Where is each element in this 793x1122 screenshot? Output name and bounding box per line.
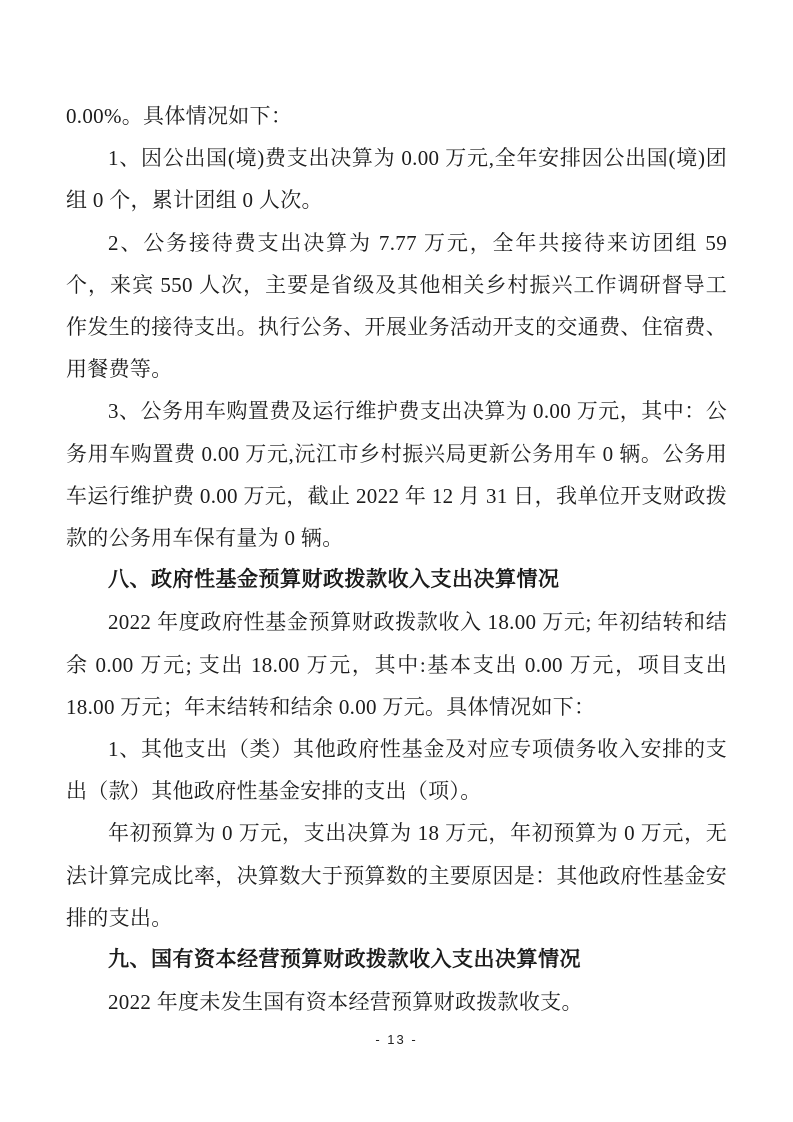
paragraph-continuation: 0.00%。具体情况如下： bbox=[66, 95, 727, 137]
paragraph-item-3-official-vehicles: 3、公务用车购置费及运行维护费支出决算为 0.00 万元，其中：公务用车购置费 … bbox=[66, 390, 727, 559]
page-number: - 13 - bbox=[0, 1032, 793, 1047]
paragraph-other-expenditure-category: 1、其他支出（类）其他政府性基金及对应专项债务收入安排的支出（款）其他政府性基金… bbox=[66, 728, 727, 812]
paragraph-item-1-overseas-trips: 1、因公出国(境)费支出决算为 0.00 万元,全年安排因公出国(境)团组 0 … bbox=[66, 137, 727, 221]
document-body: 0.00%。具体情况如下： 1、因公出国(境)费支出决算为 0.00 万元,全年… bbox=[66, 95, 727, 1023]
section-heading-9-state-capital-budget: 九、国有资本经营预算财政拨款收入支出决算情况 bbox=[66, 939, 727, 981]
paragraph-item-2-official-reception: 2、公务接待费支出决算为 7.77 万元，全年共接待来访团组 59 个，来宾 5… bbox=[66, 222, 727, 391]
paragraph-government-fund-summary: 2022 年度政府性基金预算财政拨款收入 18.00 万元; 年初结转和结余 0… bbox=[66, 601, 727, 728]
paragraph-budget-comparison: 年初预算为 0 万元，支出决算为 18 万元，年初预算为 0 万元，无法计算完成… bbox=[66, 812, 727, 939]
section-heading-8-government-fund-budget: 八、政府性基金预算财政拨款收入支出决算情况 bbox=[66, 559, 727, 601]
document-page: 0.00%。具体情况如下： 1、因公出国(境)费支出决算为 0.00 万元,全年… bbox=[0, 0, 793, 1122]
paragraph-state-capital-summary: 2022 年度未发生国有资本经营预算财政拨款收支。 bbox=[66, 981, 727, 1023]
